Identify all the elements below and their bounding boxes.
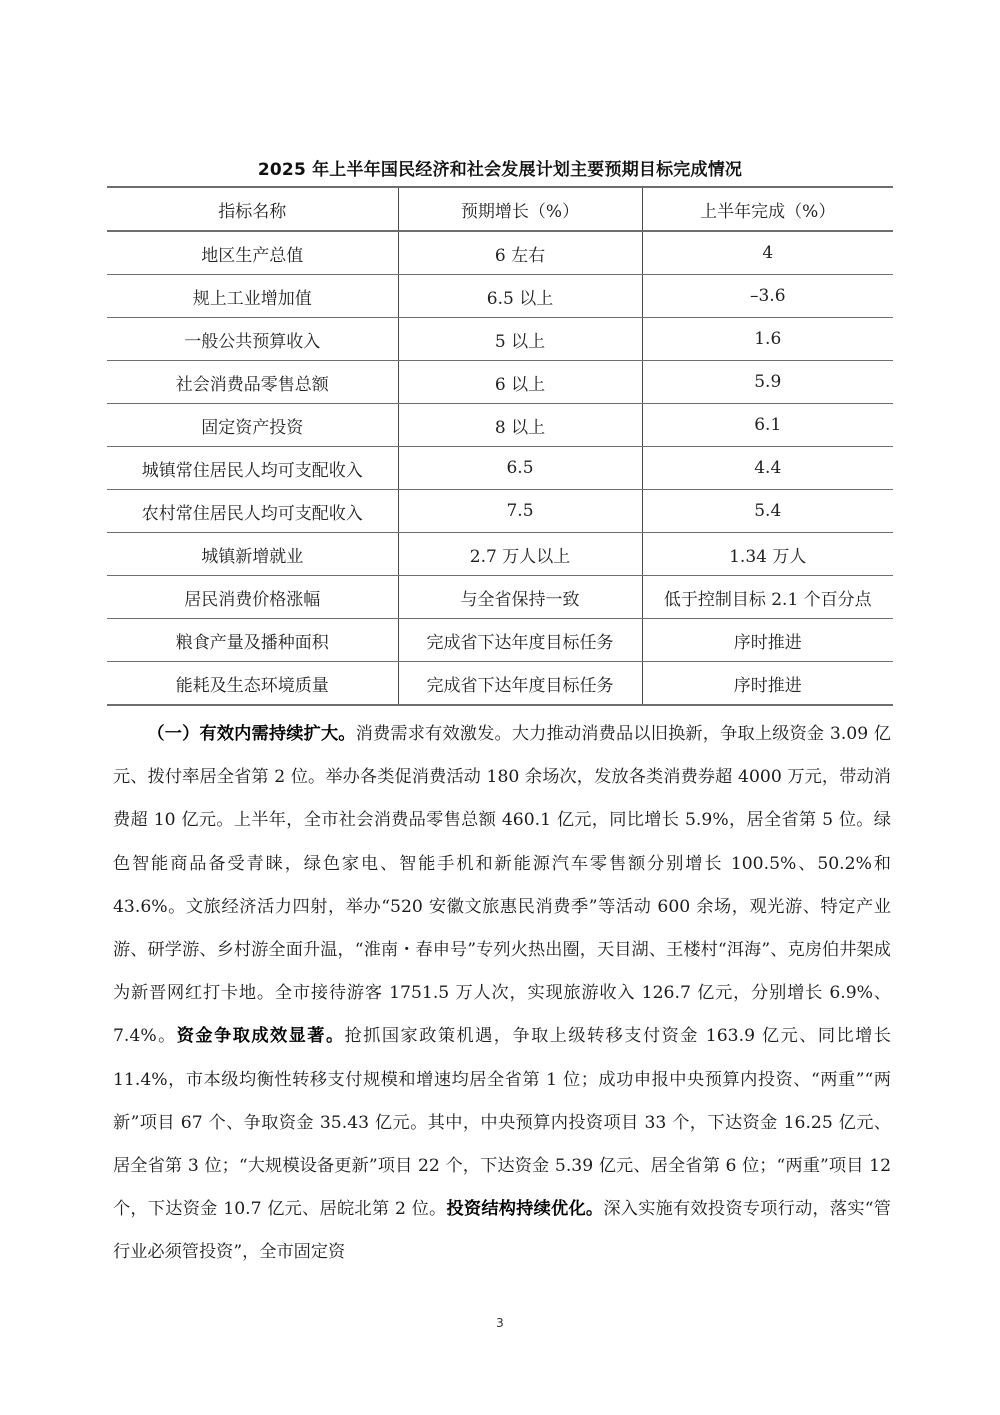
cell-indicator: 一般公共预算收入 [107,318,398,361]
table-row: 一般公共预算收入 5 以上 1.6 [107,318,893,361]
body-paragraph: （一）有效内需持续扩大。消费需求有效激发。大力推动消费品以旧换新，争取上级资金 … [113,713,891,1275]
paragraph-text-funding: 抢抓国家政策机遇，争取上级转移支付资金 163.9 亿元、同比增长 11.4%，… [113,1026,891,1219]
table-row: 城镇新增就业 2.7 万人以上 1.34 万人 [107,533,893,576]
cell-expected: 完成省下达年度目标任务 [398,662,642,706]
cell-expected: 6 左右 [398,231,642,275]
paragraph-text-consumption: 消费需求有效激发。大力推动消费品以旧换新，争取上级资金 3.09 亿元、拨付率居… [113,724,891,1046]
cell-expected: 7.5 [398,490,642,533]
table-row: 固定资产投资 8 以上 6.1 [107,404,893,447]
cell-indicator: 农村常住居民人均可支配收入 [107,490,398,533]
cell-completed: 低于控制目标 2.1 个百分点 [642,576,893,619]
table-row: 粮食产量及播种面积 完成省下达年度目标任务 序时推进 [107,619,893,662]
cell-completed: 5.9 [642,361,893,404]
table-row: 地区生产总值 6 左右 4 [107,231,893,275]
cell-completed: 1.6 [642,318,893,361]
targets-table: 指标名称 预期增长（%） 上半年完成（%） 地区生产总值 6 左右 4 规上工业… [107,186,893,706]
table-row: 城镇常住居民人均可支配收入 6.5 4.4 [107,447,893,490]
table-row: 农村常住居民人均可支配收入 7.5 5.4 [107,490,893,533]
cell-expected: 5 以上 [398,318,642,361]
table-row: 能耗及生态环境质量 完成省下达年度目标任务 序时推进 [107,662,893,706]
header-h1-completion: 上半年完成（%） [642,187,893,231]
table-header-row: 指标名称 预期增长（%） 上半年完成（%） [107,187,893,231]
cell-indicator: 固定资产投资 [107,404,398,447]
table-row: 规上工业增加值 6.5 以上 –3.6 [107,275,893,318]
cell-expected: 8 以上 [398,404,642,447]
cell-completed: 序时推进 [642,619,893,662]
cell-indicator: 地区生产总值 [107,231,398,275]
cell-completed: 6.1 [642,404,893,447]
cell-indicator: 城镇常住居民人均可支配收入 [107,447,398,490]
cell-indicator: 居民消费价格涨幅 [107,576,398,619]
cell-expected: 6.5 [398,447,642,490]
header-indicator-name: 指标名称 [107,187,398,231]
cell-completed: 5.4 [642,490,893,533]
cell-completed: –3.6 [642,275,893,318]
cell-expected: 6.5 以上 [398,275,642,318]
cell-expected: 与全省保持一致 [398,576,642,619]
cell-expected: 完成省下达年度目标任务 [398,619,642,662]
table-row: 社会消费品零售总额 6 以上 5.9 [107,361,893,404]
cell-completed: 序时推进 [642,662,893,706]
cell-completed: 1.34 万人 [642,533,893,576]
section-heading-investment: 投资结构持续优化。 [446,1199,603,1219]
table-title: 2025 年上半年国民经济和社会发展计划主要预期目标完成情况 [107,157,893,183]
cell-expected: 6 以上 [398,361,642,404]
cell-completed: 4 [642,231,893,275]
cell-indicator: 规上工业增加值 [107,275,398,318]
cell-indicator: 城镇新增就业 [107,533,398,576]
cell-indicator: 能耗及生态环境质量 [107,662,398,706]
document-page: 2025 年上半年国民经济和社会发展计划主要预期目标完成情况 指标名称 预期增长… [0,0,1000,1415]
cell-expected: 2.7 万人以上 [398,533,642,576]
cell-indicator: 粮食产量及播种面积 [107,619,398,662]
cell-completed: 4.4 [642,447,893,490]
table-row: 居民消费价格涨幅 与全省保持一致 低于控制目标 2.1 个百分点 [107,576,893,619]
section-heading-funding: 资金争取成效显著。 [177,1026,345,1046]
section-heading-domestic-demand: （一）有效内需持续扩大。 [147,724,355,744]
header-expected-growth: 预期增长（%） [398,187,642,231]
page-number: 3 [480,1316,520,1330]
cell-indicator: 社会消费品零售总额 [107,361,398,404]
